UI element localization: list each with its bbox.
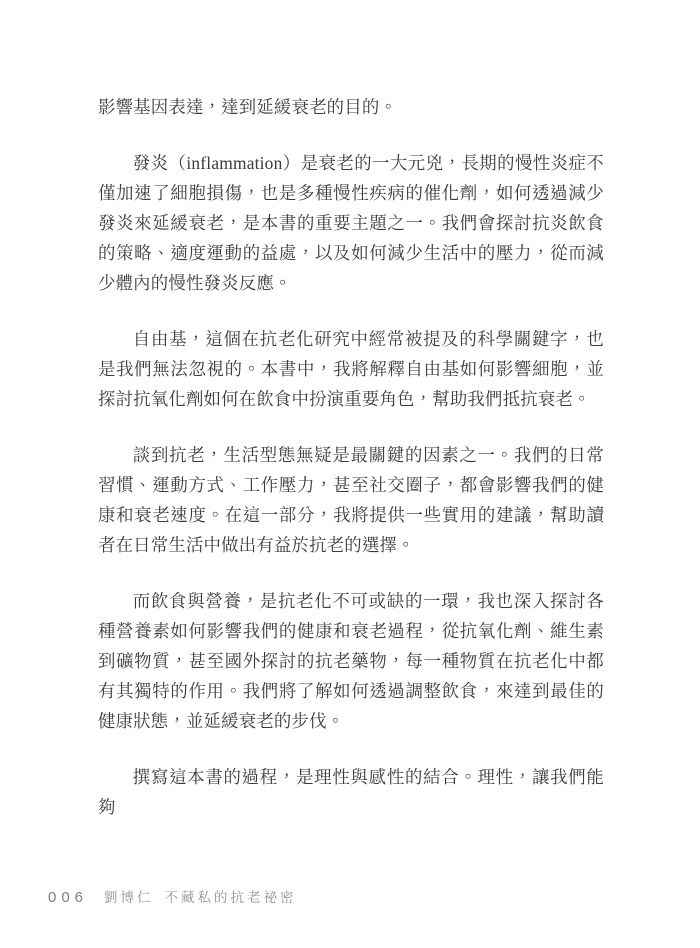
body-text: 影響基因表達，達到延緩衰老的目的。 發炎（inflammation）是衰老的一大… xyxy=(98,92,604,848)
body-paragraph: 發炎（inflammation）是衰老的一大元兇，長期的慢性炎症不僅加速了細胞損… xyxy=(98,148,604,298)
body-paragraph: 影響基因表達，達到延緩衰老的目的。 xyxy=(98,92,604,122)
body-paragraph: 而飲食與營養，是抗老化不可或缺的一環，我也深入探討各種營養素如何影響我們的健康和… xyxy=(98,586,604,736)
page-footer: 006 劉博仁 不藏私的抗老祕密 xyxy=(48,886,297,906)
body-paragraph: 談到抗老，生活型態無疑是最關鍵的因素之一。我們的日常習慣、運動方式、工作壓力，甚… xyxy=(98,440,604,560)
page-number: 006 xyxy=(48,889,88,906)
book-author: 劉博仁 xyxy=(104,886,154,906)
body-paragraph: 自由基，這個在抗老化研究中經常被提及的科學關鍵字，也是我們無法忽視的。本書中，我… xyxy=(98,324,604,414)
body-paragraph: 撰寫這本書的過程，是理性與感性的結合。理性，讓我們能夠 xyxy=(98,762,604,822)
book-page: 影響基因表達，達到延緩衰老的目的。 發炎（inflammation）是衰老的一大… xyxy=(0,0,700,948)
running-footer: 劉博仁 不藏私的抗老祕密 xyxy=(104,886,297,906)
book-title: 不藏私的抗老祕密 xyxy=(165,886,297,906)
